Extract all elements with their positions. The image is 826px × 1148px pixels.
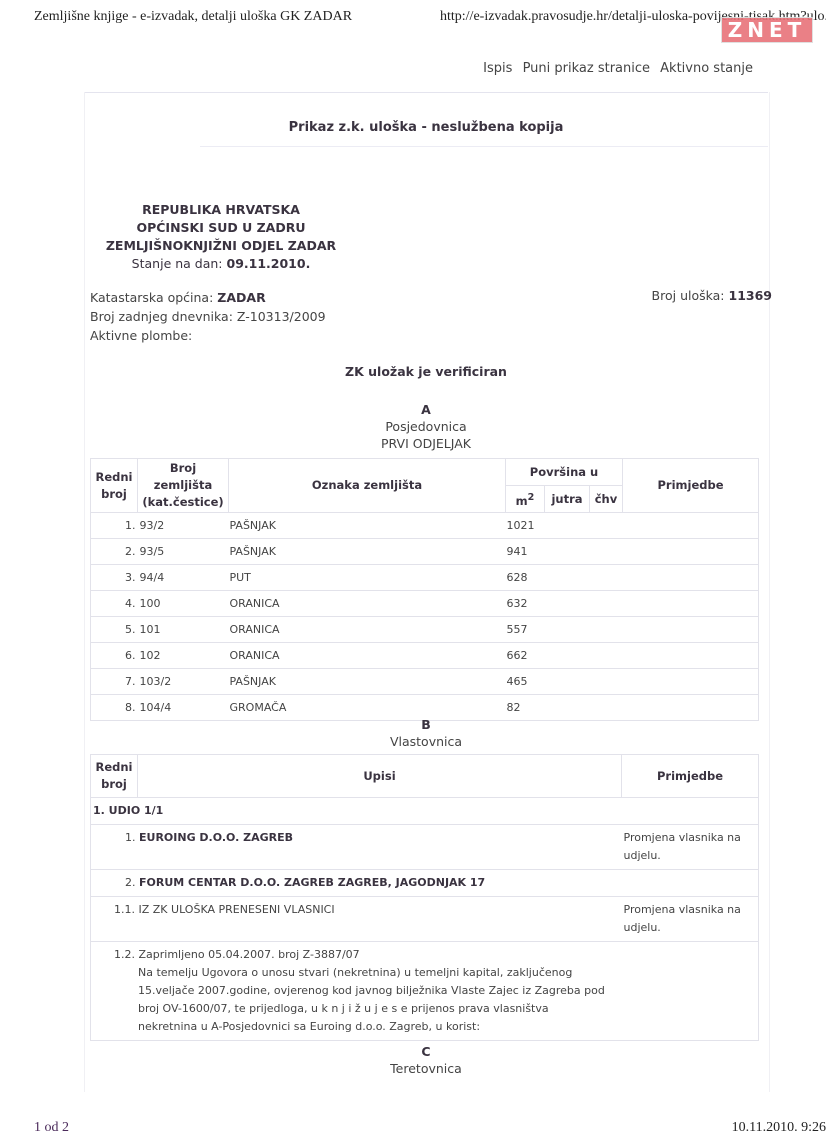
section-a-letter: A <box>84 401 768 418</box>
area-jutra <box>545 591 590 617</box>
last-journal-value: Z-10313/2009 <box>237 309 326 324</box>
col-upisi: Upisi <box>138 755 622 798</box>
land-designation: ORANICA <box>229 643 506 669</box>
remarks <box>623 565 759 591</box>
col-oznaka: Oznaka zemljišta <box>229 459 506 513</box>
folio-number: Broj uloška: 11369 <box>652 288 772 303</box>
area-m2: 1021 <box>506 513 545 539</box>
parcel-row: 2.93/5PAŠNJAK941 <box>91 539 759 565</box>
court-department: ZEMLJIŠNOKNJIŽNI ODJEL ZADAR <box>96 237 346 255</box>
parcel-number: 94/4 <box>138 565 229 591</box>
land-designation: PAŠNJAK <box>229 539 506 565</box>
parcel-row: 5.101ORANICA557 <box>91 617 759 643</box>
area-chv <box>590 669 623 695</box>
folio-meta: Katastarska općina: ZADAR Broj zadnjeg d… <box>90 288 326 345</box>
area-m2: 662 <box>506 643 545 669</box>
remarks <box>623 591 759 617</box>
area-jutra <box>545 539 590 565</box>
row-number: 5. <box>91 617 138 643</box>
share-row: 1. UDIO 1/1 <box>91 798 759 825</box>
col-broj-zemljista: Broj zemljišta(kat.čestice) <box>138 459 229 513</box>
area-m2: 628 <box>506 565 545 591</box>
state-date: Stanje na dan: 09.11.2010. <box>96 255 346 273</box>
ownership-table: Rednibroj Upisi Primjedbe 1. UDIO 1/1 1.… <box>90 754 759 1041</box>
col-redni-broj: Rednibroj <box>91 755 138 798</box>
owner-note: Promjena vlasnika na udjelu. <box>622 825 759 870</box>
col-primjedbe: Primjedbe <box>622 755 759 798</box>
entry-note: Promjena vlasnika na udjelu. <box>622 897 759 942</box>
parcel-number: 103/2 <box>138 669 229 695</box>
area-jutra <box>545 617 590 643</box>
area-m2: 465 <box>506 669 545 695</box>
section-c-heading: C Teretovnica <box>84 1043 768 1077</box>
area-chv <box>590 565 623 591</box>
row-number: 3. <box>91 565 138 591</box>
remarks <box>623 669 759 695</box>
court-name: OPĆINSKI SUD U ZADRU <box>96 219 346 237</box>
active-seals: Aktivne plombe: <box>90 326 326 345</box>
row-number: 1. <box>91 513 138 539</box>
owner-name: EUROING D.O.O. ZAGREB <box>139 831 293 844</box>
state-date-label: Stanje na dan: <box>132 256 223 271</box>
parcel-row: 7.103/2PAŠNJAK465 <box>91 669 759 695</box>
section-c-letter: C <box>84 1043 768 1060</box>
section-b-name: Vlastovnica <box>84 733 768 750</box>
znet-watermark-logo: ZNET <box>721 17 813 43</box>
area-m2: 632 <box>506 591 545 617</box>
court-republic: REPUBLIKA HRVATSKA <box>96 201 346 219</box>
land-designation: PAŠNJAK <box>229 669 506 695</box>
area-chv <box>590 617 623 643</box>
print-page-title: Zemljišne knjige - e-izvadak, detalji ul… <box>34 9 352 25</box>
area-chv <box>590 591 623 617</box>
section-b-heading: B Vlastovnica <box>84 716 768 750</box>
area-m2: 941 <box>506 539 545 565</box>
area-chv <box>590 513 623 539</box>
section-a-heading: A Posjedovnica PRVI ODJELJAK <box>84 401 768 452</box>
section-a-subtitle: PRVI ODJELJAK <box>84 435 768 452</box>
owner-row: 1. EUROING D.O.O. ZAGREB Promjena vlasni… <box>91 825 759 870</box>
row-number: 7. <box>91 669 138 695</box>
entry-text: IZ ZK ULOŠKA PRENESENI VLASNICI <box>139 903 335 916</box>
print-link[interactable]: Ispis <box>483 61 512 76</box>
col-jutra: jutra <box>545 486 590 513</box>
area-chv <box>590 643 623 669</box>
parcel-row: 3.94/4PUT628 <box>91 565 759 591</box>
area-jutra <box>545 565 590 591</box>
land-designation: ORANICA <box>229 591 506 617</box>
remarks <box>623 643 759 669</box>
document-title: Prikaz z.k. uloška - neslužbena kopija <box>84 120 768 135</box>
parcel-row: 1.93/2PAŠNJAK1021 <box>91 513 759 539</box>
section-a-name: Posjedovnica <box>84 418 768 435</box>
row-number: 4. <box>91 591 138 617</box>
active-state-link[interactable]: Aktivno stanje <box>660 61 753 76</box>
section-b-letter: B <box>84 716 768 733</box>
court-header: REPUBLIKA HRVATSKA OPĆINSKI SUD U ZADRU … <box>96 201 346 273</box>
remarks <box>623 617 759 643</box>
page-number: 1 od 2 <box>34 1120 69 1136</box>
verified-status: ZK uložak je verificiran <box>84 364 768 379</box>
parcel-number: 102 <box>138 643 229 669</box>
col-m2: m2 <box>506 486 545 513</box>
entry-row: 1.1. IZ ZK ULOŠKA PRENESENI VLASNICI Pro… <box>91 897 759 942</box>
row-number: 6. <box>91 643 138 669</box>
parcel-number: 93/5 <box>138 539 229 565</box>
col-povrsina: Površina u <box>506 459 623 486</box>
owner-name: FORUM CENTAR D.O.O. ZAGREB ZAGREB, JAGOD… <box>139 876 485 889</box>
land-designation: PAŠNJAK <box>229 513 506 539</box>
area-jutra <box>545 513 590 539</box>
area-jutra <box>545 669 590 695</box>
col-redni-broj: Rednibroj <box>91 459 138 513</box>
owner-row: 2. FORUM CENTAR D.O.O. ZAGREB ZAGREB, JA… <box>91 870 759 897</box>
row-number: 2. <box>91 539 138 565</box>
entry-row: 1.2. Zaprimljeno 05.04.2007. broj Z-3887… <box>91 942 759 1041</box>
remarks <box>623 513 759 539</box>
cadastral-municipality-value: ZADAR <box>217 290 265 305</box>
full-page-view-link[interactable]: Puni prikaz stranice <box>523 61 650 76</box>
area-jutra <box>545 643 590 669</box>
land-designation: ORANICA <box>229 617 506 643</box>
parcel-row: 4.100ORANICA632 <box>91 591 759 617</box>
parcel-number: 101 <box>138 617 229 643</box>
possession-table: Rednibroj Broj zemljišta(kat.čestice) Oz… <box>90 458 759 721</box>
parcel-row: 6.102ORANICA662 <box>91 643 759 669</box>
print-datetime: 10.11.2010. 9:26 <box>732 1120 826 1136</box>
entry-heading: Zaprimljeno 05.04.2007. broj Z-3887/07 <box>139 948 360 961</box>
col-chv: čhv <box>590 486 623 513</box>
parcel-number: 100 <box>138 591 229 617</box>
top-links: Ispis Puni prikaz stranice Aktivno stanj… <box>477 61 753 76</box>
col-primjedbe: Primjedbe <box>623 459 759 513</box>
cadastral-municipality: Katastarska općina: ZADAR <box>90 288 326 307</box>
state-date-value: 09.11.2010. <box>227 256 311 271</box>
section-c-name: Teretovnica <box>84 1060 768 1077</box>
folio-number-value: 11369 <box>729 288 773 303</box>
area-chv <box>590 539 623 565</box>
last-journal: Broj zadnjeg dnevnika: Z-10313/2009 <box>90 307 326 326</box>
parcel-number: 93/2 <box>138 513 229 539</box>
land-designation: PUT <box>229 565 506 591</box>
print-header: Zemljišne knjige - e-izvadak, detalji ul… <box>0 8 826 28</box>
remarks <box>623 539 759 565</box>
title-divider <box>200 146 768 147</box>
area-m2: 557 <box>506 617 545 643</box>
entry-description: Na temelju Ugovora o unosu stvari (nekre… <box>114 964 608 1036</box>
